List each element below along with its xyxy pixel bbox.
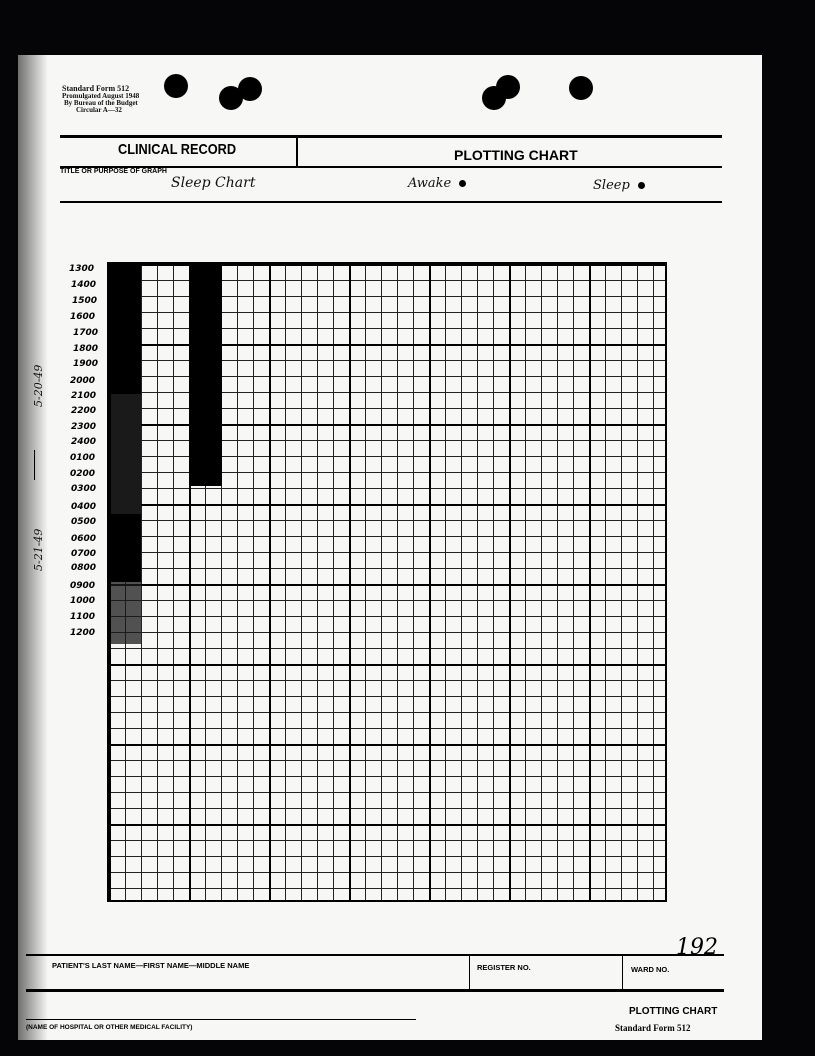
footer-form-number: Standard Form 512 <box>615 1023 691 1033</box>
legend-awake-label: Awake <box>408 176 451 191</box>
ward-number-label: WARD NO. <box>631 965 669 974</box>
awake-dot-icon <box>459 180 466 187</box>
row-label: 2000 <box>55 376 95 386</box>
date-note-2: 5-21-49 <box>32 529 45 571</box>
footer-form-title: PLOTTING CHART <box>629 1006 717 1017</box>
graph-title-label: TITLE OR PURPOSE OF GRAPH <box>60 168 167 175</box>
circular: Circular A—32 <box>62 107 139 114</box>
row-label: 1000 <box>55 596 95 606</box>
clinical-record-title: CLINICAL RECORD <box>118 141 236 158</box>
form-identification: Standard Form 512 Promulgated August 194… <box>62 84 139 114</box>
patient-name-label: PATIENT'S LAST NAME—FIRST NAME—MIDDLE NA… <box>52 961 249 970</box>
sleep-bar-day1 <box>111 264 141 394</box>
row-label: 0700 <box>56 549 96 559</box>
graph-title-value: Sleep Chart <box>171 175 255 191</box>
row-label: 0800 <box>56 563 96 573</box>
facility-label: (NAME OF HOSPITAL OR OTHER MEDICAL FACIL… <box>26 1024 192 1031</box>
row-label: 1900 <box>58 359 98 369</box>
date-note-1: 5-20-49 <box>32 365 45 407</box>
facility-rule <box>26 1019 416 1020</box>
title-rule <box>60 201 722 203</box>
row-label: 0200 <box>55 469 95 479</box>
row-label: 1300 <box>54 264 94 274</box>
punch-hole <box>482 86 506 110</box>
row-label: 1600 <box>55 312 95 322</box>
punch-hole <box>219 86 243 110</box>
row-label: 0900 <box>55 581 95 591</box>
footer-top-rule <box>26 954 724 956</box>
row-label: 1800 <box>58 344 98 354</box>
date-separator <box>34 450 35 480</box>
footer-mid-rule <box>26 989 724 992</box>
row-label: 1200 <box>55 628 95 638</box>
header-divider <box>296 137 298 167</box>
row-label: 1400 <box>56 280 96 290</box>
row-label: 1700 <box>58 328 98 338</box>
punch-hole <box>569 76 593 100</box>
legend-sleep-label: Sleep <box>593 178 630 193</box>
row-label: 2100 <box>56 391 96 401</box>
row-label: 1100 <box>55 612 95 622</box>
page-number: 192 <box>676 935 718 960</box>
row-label: 1500 <box>57 296 97 306</box>
plotting-grid <box>107 262 667 902</box>
plotting-chart-title: PLOTTING CHART <box>454 147 578 163</box>
row-label: 0500 <box>56 517 96 527</box>
sleep-bar-day1-morning <box>111 514 141 582</box>
punch-hole <box>164 74 188 98</box>
form-page: Standard Form 512 Promulgated August 194… <box>18 55 762 1040</box>
row-label: 2300 <box>56 422 96 432</box>
row-label: 0400 <box>56 502 96 512</box>
row-label: 2200 <box>56 406 96 416</box>
register-number-label: REGISTER NO. <box>477 963 531 972</box>
header-top-rule <box>60 135 722 138</box>
sleep-bar-day2 <box>191 264 222 486</box>
register-divider <box>469 955 470 990</box>
row-label: 0600 <box>56 534 96 544</box>
row-label: 0300 <box>56 484 96 494</box>
legend-sleep: Sleep <box>593 178 645 193</box>
row-label: 2400 <box>56 437 96 447</box>
sleep-bar-day1-late <box>111 582 141 644</box>
row-label: 0100 <box>55 453 95 463</box>
sleep-dot-icon <box>638 182 645 189</box>
ward-divider <box>622 955 623 990</box>
legend-awake: Awake <box>408 176 466 191</box>
